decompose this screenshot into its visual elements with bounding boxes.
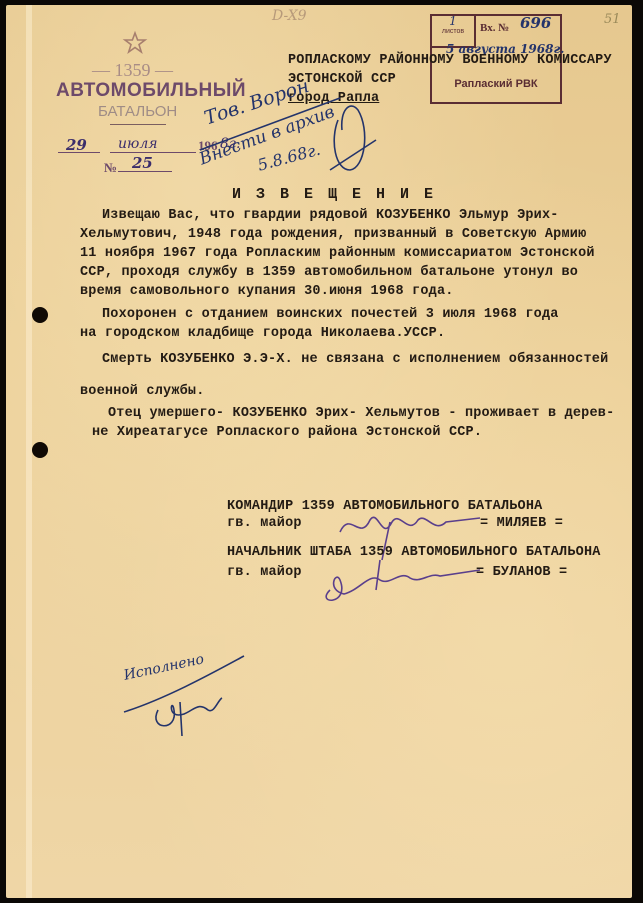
body-line: на городском кладбище города Николаева.У… xyxy=(80,326,445,341)
body-line: Отец умершего- КОЗУБЕНКО Эрих- Хельмутов… xyxy=(108,406,614,421)
signatory-rank: гв. майор xyxy=(227,565,302,580)
punch-hole-icon xyxy=(32,307,48,323)
outgoing-number: 25 xyxy=(132,154,153,172)
execution-signature-icon xyxy=(118,650,258,740)
signatory-name: = МИЛЯЕВ = xyxy=(480,516,563,531)
outgoing-number-label: № xyxy=(104,160,117,176)
body-line: военной службы. xyxy=(80,384,205,399)
stamp-date-month: июля xyxy=(118,136,158,152)
body-line: Хельмутович, 1948 года рождения, призван… xyxy=(80,227,586,242)
sheets-value: 1 xyxy=(432,14,474,28)
punch-hole-icon xyxy=(32,442,48,458)
body-line: ССР, проходя службу в 1359 автомобильном… xyxy=(80,265,578,280)
body-line: Смерть КОЗУБЕНКО Э.Э-Х. не связана с исп… xyxy=(102,352,608,367)
page-number: 51 xyxy=(604,12,621,27)
incoming-label: Вх. № xyxy=(480,22,509,34)
incoming-number: 696 xyxy=(520,14,551,32)
body-line: время самовольного купания 30.июня 1968 … xyxy=(80,284,454,299)
office-name: Раплаский РВК xyxy=(432,78,560,90)
signature-icon xyxy=(310,550,490,610)
resolution-signature-icon xyxy=(180,90,380,190)
signatory-rank: гв. майор xyxy=(227,516,302,531)
archive-mark: D-X9 xyxy=(272,8,307,24)
body-line: 11 ноября 1967 года Ропласким районным к… xyxy=(80,246,595,261)
sheets-label: листов xyxy=(432,28,474,35)
unit-name: БАТАЛЬОН xyxy=(98,103,177,120)
body-line: Похоронен с отданием воинских почестей 3… xyxy=(102,307,559,322)
body-line: Извещаю Вас, что гвардии рядовой КОЗУБЕН… xyxy=(102,208,559,223)
body-line: не Хиреатагусе Роплаского района Эстонск… xyxy=(92,425,482,440)
document-title: И З В Е Щ Е Н И Е xyxy=(232,186,436,203)
paper-fold xyxy=(26,5,32,898)
red-star-icon xyxy=(124,32,146,54)
addressee-line-1: РОПЛАСКОМУ РАЙОННОМУ ВОЕННОМУ КОМИССАРУ xyxy=(288,53,612,68)
unit-number: — 1359 — xyxy=(92,60,173,81)
